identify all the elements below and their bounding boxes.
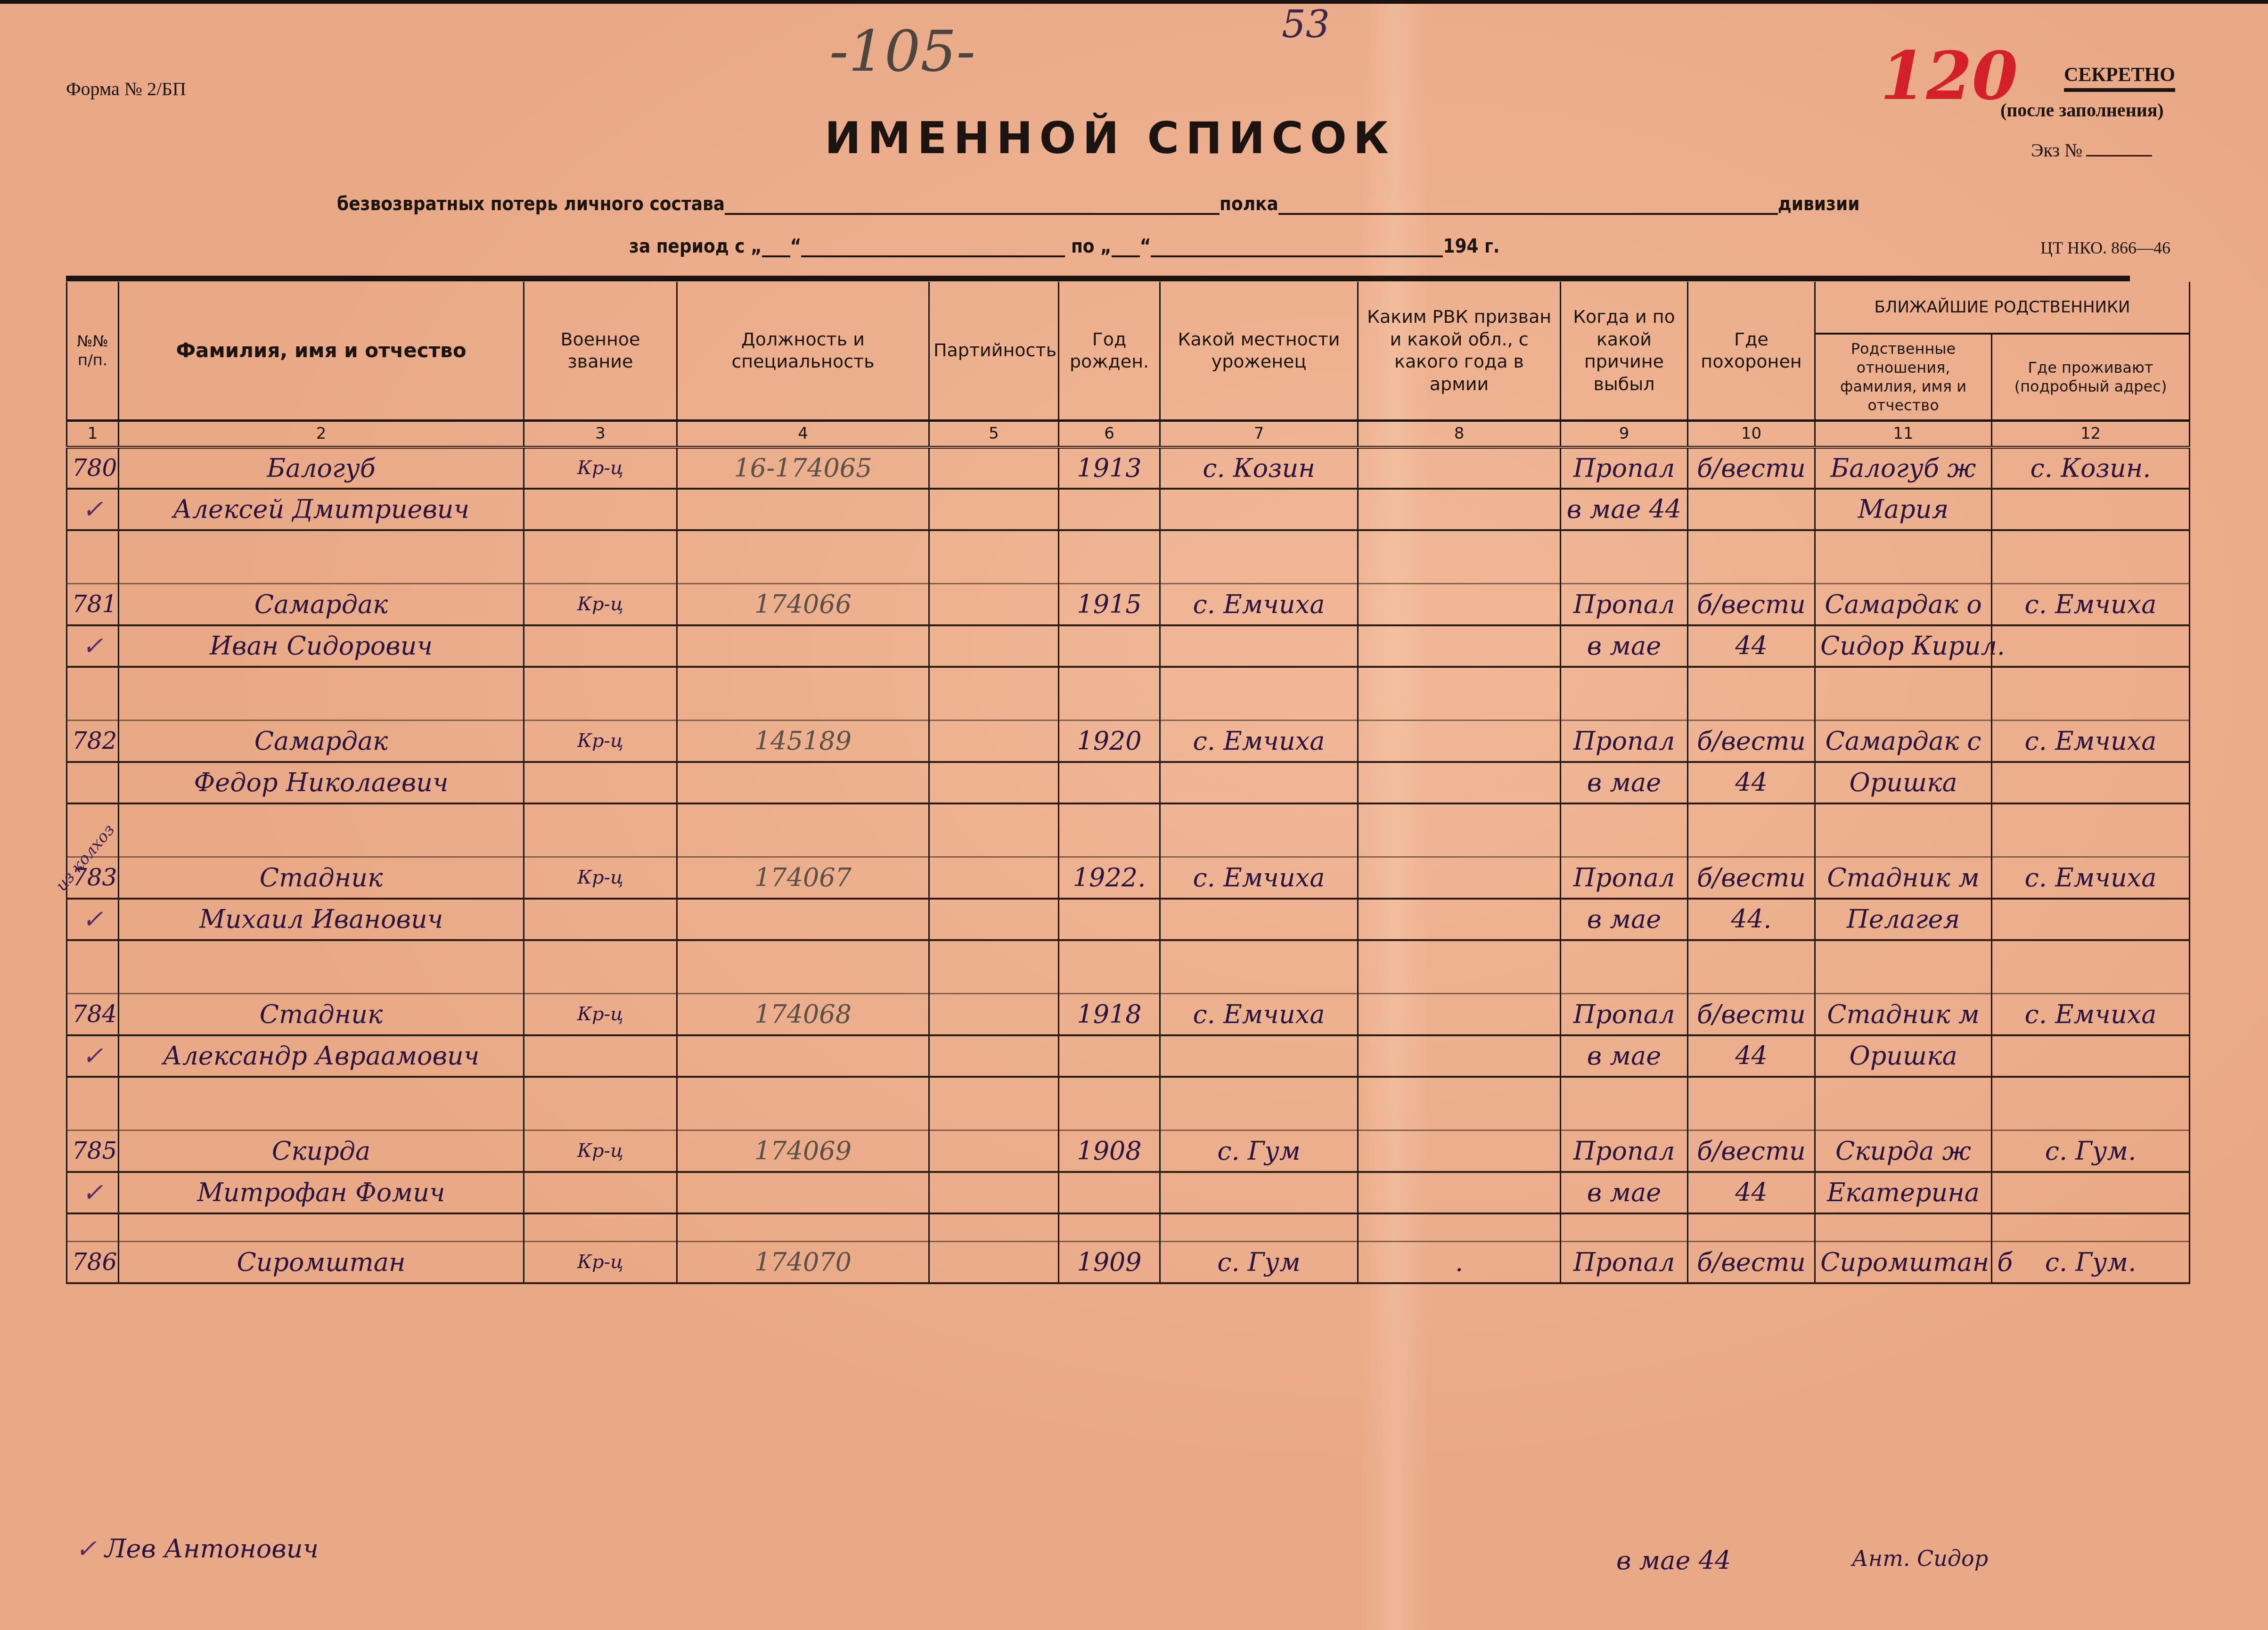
relative-first-name: Оришка <box>1815 762 1992 803</box>
burial-extra <box>1688 489 1815 530</box>
relative-name: Самардак о <box>1815 584 1992 625</box>
header-relative-name: Родственные отношения, фамилия, имя и от… <box>1815 334 1992 421</box>
rank: Кр-ц <box>524 1242 677 1283</box>
burial: б/вести <box>1688 584 1815 625</box>
burial: б/вести <box>1688 1242 1815 1283</box>
period-from-label: за период с „ <box>629 236 762 257</box>
copy-number-field: Экз № <box>2031 139 2152 161</box>
burial-extra: 44 <box>1688 625 1815 667</box>
check-mark: ✓ <box>67 1172 119 1213</box>
loss-register-table: №№ п/п. Фамилия, имя и отчество Военное … <box>66 282 2190 1284</box>
relative-name: Балогуб ж <box>1815 447 1992 489</box>
period-line: за период с „“ по „“194 г. <box>629 236 1500 257</box>
conscription <box>1358 447 1561 489</box>
header-conscription: Каким РВК призван и какой обл., с какого… <box>1358 282 1561 421</box>
period-year: 194 г. <box>1443 236 1499 257</box>
party <box>929 1242 1059 1283</box>
form-number: Форма № 2/БП <box>66 78 186 100</box>
row-number: 785 <box>67 1130 119 1172</box>
table-row-continuation: ✓ Алексей Дмитриевич в мае 44 Мария <box>67 489 2190 530</box>
table-row: 786 Сиромштан Кр-ц 174070 1909 с. Гум . … <box>67 1242 2190 1283</box>
header-reason: Когда и по какой причине выбыл <box>1561 282 1688 421</box>
table-row-continuation: ✓ Александр Авраамович в мае 44 Оришка <box>67 1035 2190 1077</box>
header-full-name: Фамилия, имя и отчество <box>119 282 524 421</box>
handwritten-page-number: -105- <box>829 19 975 84</box>
reason-date: в мае 44 <box>1561 489 1688 530</box>
header-relative-address: Где проживают (подробный адрес) <box>1992 334 2190 421</box>
name-patronymic: Митрофан Фомич <box>119 1172 524 1213</box>
relative-name: Стадник м <box>1815 994 1992 1035</box>
conscription <box>1358 584 1561 625</box>
birthplace: с. Гум <box>1160 1242 1358 1283</box>
period-to-month-blank <box>1151 243 1443 257</box>
col-num-5: 5 <box>929 421 1059 447</box>
relative-address: с. Емчиха <box>1992 994 2190 1035</box>
table-row: 784 Стадник Кр-ц 174068 1918 с. Емчиха П… <box>67 994 2190 1035</box>
scan-top-edge <box>0 0 2268 4</box>
position: 174070 <box>677 1242 929 1283</box>
conscription <box>1358 857 1561 899</box>
header-relatives-group: БЛИЖАЙШИЕ РОДСТВЕННИКИ <box>1815 282 2190 334</box>
table-row-continuation: ✓ Иван Сидорович в мае 44 Сидор Кирил. <box>67 625 2190 667</box>
surname: Балогуб <box>119 447 524 489</box>
reason: Пропал <box>1561 994 1688 1035</box>
header-position: Должность и специальность <box>677 282 929 421</box>
header-rule <box>66 276 2130 281</box>
birthplace: с. Емчиха <box>1160 584 1358 625</box>
relative-name: Стадник м <box>1815 857 1992 899</box>
surname: Самардак <box>119 584 524 625</box>
conscription: . <box>1358 1242 1561 1283</box>
position: 174067 <box>677 857 929 899</box>
row-number: 781 <box>67 584 119 625</box>
reason: Пропал <box>1561 584 1688 625</box>
surname: Самардак <box>119 721 524 762</box>
relative-first-name: Пелагея <box>1815 899 1992 940</box>
rank: Кр-ц <box>524 447 677 489</box>
rank: Кр-ц <box>524 994 677 1035</box>
relative-first-name: Екатерина <box>1815 1172 1992 1213</box>
surname: Стадник <box>119 857 524 899</box>
check-mark: ✓ <box>67 899 119 940</box>
relative-address: с. Емчиха <box>1992 584 2190 625</box>
party <box>929 994 1059 1035</box>
name-patronymic: Алексей Дмитриевич <box>119 489 524 530</box>
col-num-9: 9 <box>1561 421 1688 447</box>
name-patronymic: Иван Сидорович <box>119 625 524 667</box>
party <box>929 1130 1059 1172</box>
birthplace: с. Козин <box>1160 447 1358 489</box>
burial-extra: 44 <box>1688 762 1815 803</box>
conscription <box>1358 1130 1561 1172</box>
relative-address: с. Емчиха <box>1992 857 2190 899</box>
division-label: дивизии <box>1778 193 1860 215</box>
rank: Кр-ц <box>524 857 677 899</box>
birthplace: с. Гум <box>1160 1130 1358 1172</box>
birth-year: 1913 <box>1059 447 1160 489</box>
burial-extra: 44 <box>1688 1035 1815 1077</box>
position: 145189 <box>677 721 929 762</box>
col-num-12: 12 <box>1992 421 2190 447</box>
period-from-day-blank <box>762 243 790 257</box>
relative-first-name: Сидор Кирил. <box>1815 625 1992 667</box>
row-number: 782 <box>67 721 119 762</box>
header-rank: Военное звание <box>524 282 677 421</box>
col-num-2: 2 <box>119 421 524 447</box>
name-patronymic: Федор Николаевич <box>119 762 524 803</box>
reason: Пропал <box>1561 721 1688 762</box>
check-mark: ✓ <box>67 489 119 530</box>
losses-label: безвозвратных потерь личного состава <box>337 193 725 215</box>
table-row: 780 Балогуб Кр-ц 16-174065 1913 с. Козин… <box>67 447 2190 489</box>
reason-date: в мае <box>1561 1172 1688 1213</box>
birth-year: 1922. <box>1059 857 1160 899</box>
period-to-label: по „ <box>1071 236 1112 257</box>
col-num-3: 3 <box>524 421 677 447</box>
col-num-11: 11 <box>1815 421 1992 447</box>
col-num-1: 1 <box>67 421 119 447</box>
col-num-6: 6 <box>1059 421 1160 447</box>
birthplace: с. Емчиха <box>1160 994 1358 1035</box>
row-number: 786 <box>67 1242 119 1283</box>
birth-year: 1915 <box>1059 584 1160 625</box>
reason: Пропал <box>1561 447 1688 489</box>
birthplace: с. Емчиха <box>1160 721 1358 762</box>
regiment-label: полка <box>1220 193 1278 215</box>
classification-note: (после заполнения) <box>2000 99 2164 121</box>
relative-address: с. Гум. <box>1992 1130 2190 1172</box>
burial: б/вести <box>1688 857 1815 899</box>
birth-year: 1918 <box>1059 994 1160 1035</box>
header-birthplace: Какой местности уроженец <box>1160 282 1358 421</box>
surname: Скирда <box>119 1130 524 1172</box>
relative-name: Самардак с <box>1815 721 1992 762</box>
header-burial: Где похоронен <box>1688 282 1815 421</box>
birth-year: 1909 <box>1059 1242 1160 1283</box>
reason-date: в мае <box>1561 762 1688 803</box>
copy-number-label: Экз № <box>2031 139 2082 161</box>
row-786-reason-date: в мае 44 <box>1616 1546 1731 1575</box>
period-to-day-blank <box>1112 243 1140 257</box>
relative-first-name: Мария <box>1815 489 1992 530</box>
position: 174066 <box>677 584 929 625</box>
regiment-blank <box>725 201 1220 215</box>
header-party: Партийность <box>929 282 1059 421</box>
reason: Пропал <box>1561 1130 1688 1172</box>
header-row-number: №№ п/п. <box>67 282 119 421</box>
print-code: ЦТ НКО. 866—46 <box>2040 238 2170 258</box>
document-title: ИМЕННОЙ СПИСОК <box>825 113 1395 164</box>
relative-address: с. Козин. <box>1992 447 2190 489</box>
row-786-check-and-name: ✓ Лев Антонович <box>75 1534 319 1564</box>
check-mark <box>67 762 119 803</box>
position: 174068 <box>677 994 929 1035</box>
position: 174069 <box>677 1130 929 1172</box>
rank: Кр-ц <box>524 584 677 625</box>
check-mark: ✓ <box>75 1534 97 1564</box>
name-patronymic: Михаил Иванович <box>119 899 524 940</box>
reason-date: в мае <box>1561 899 1688 940</box>
burial: б/вести <box>1688 447 1815 489</box>
table-row: 783 Стадник Кр-ц 174067 1922. с. Емчиха … <box>67 857 2190 899</box>
col-num-7: 7 <box>1160 421 1358 447</box>
col-num-4: 4 <box>677 421 929 447</box>
check-mark: ✓ <box>67 625 119 667</box>
burial-extra: 44. <box>1688 899 1815 940</box>
table-row: 782 Самардак Кр-ц 145189 1920 с. Емчиха … <box>67 721 2190 762</box>
table-row: 781 Самардак Кр-ц 174066 1915 с. Емчиха … <box>67 584 2190 625</box>
birthplace: с. Емчиха <box>1160 857 1358 899</box>
table-row-continuation: Федор Николаевич в мае 44 Оришка <box>67 762 2190 803</box>
reason: Пропал <box>1561 857 1688 899</box>
table-row-continuation: ✓ Митрофан Фомич в мае 44 Екатерина <box>67 1172 2190 1213</box>
relative-first-name: Оришка <box>1815 1035 1992 1077</box>
rank: Кр-ц <box>524 1130 677 1172</box>
period-from-month-blank <box>801 243 1065 257</box>
row-number: 784 <box>67 994 119 1035</box>
header-birth-year: Год рожден. <box>1059 282 1160 421</box>
relative-name: Сиромштан б <box>1815 1242 1992 1283</box>
row-number: 780 <box>67 447 119 489</box>
division-blank <box>1278 201 1778 215</box>
party <box>929 447 1059 489</box>
name-patronymic: Лев Антонович <box>105 1534 319 1564</box>
relative-address: с. Емчиха <box>1992 721 2190 762</box>
conscription <box>1358 994 1561 1035</box>
party <box>929 721 1059 762</box>
reason-date: в мае <box>1561 1035 1688 1077</box>
party <box>929 857 1059 899</box>
position: 16-174065 <box>677 447 929 489</box>
reason: Пропал <box>1561 1242 1688 1283</box>
col-num-8: 8 <box>1358 421 1561 447</box>
table-row: 785 Скирда Кр-ц 174069 1908 с. Гум Пропа… <box>67 1130 2190 1172</box>
row-786-relative-first-name: Ант. Сидор <box>1852 1546 1988 1571</box>
classification-stamp: СЕКРЕТНО <box>2064 64 2175 92</box>
birth-year: 1920 <box>1059 721 1160 762</box>
burial: б/вести <box>1688 994 1815 1035</box>
party <box>929 584 1059 625</box>
burial: б/вести <box>1688 721 1815 762</box>
check-mark: ✓ <box>67 1035 119 1077</box>
rank: Кр-ц <box>524 721 677 762</box>
relative-address: с. Гум. <box>1992 1242 2190 1283</box>
losses-subtitle-line: безвозвратных потерь личного составаполк… <box>337 193 1859 215</box>
conscription <box>1358 721 1561 762</box>
handwritten-sheet-number: 53 <box>1282 2 1330 46</box>
surname: Стадник <box>119 994 524 1035</box>
col-num-10: 10 <box>1688 421 1815 447</box>
burial: б/вести <box>1688 1130 1815 1172</box>
birth-year: 1908 <box>1059 1130 1160 1172</box>
name-patronymic: Александр Авраамович <box>119 1035 524 1077</box>
relative-name: Скирда ж <box>1815 1130 1992 1172</box>
burial-extra: 44 <box>1688 1172 1815 1213</box>
copy-number-blank <box>2086 155 2152 156</box>
red-page-number: 120 <box>1880 38 2018 115</box>
table-row-continuation: ✓ Михаил Иванович в мае 44. Пелагея <box>67 899 2190 940</box>
surname: Сиромштан <box>119 1242 524 1283</box>
reason-date: в мае <box>1561 625 1688 667</box>
